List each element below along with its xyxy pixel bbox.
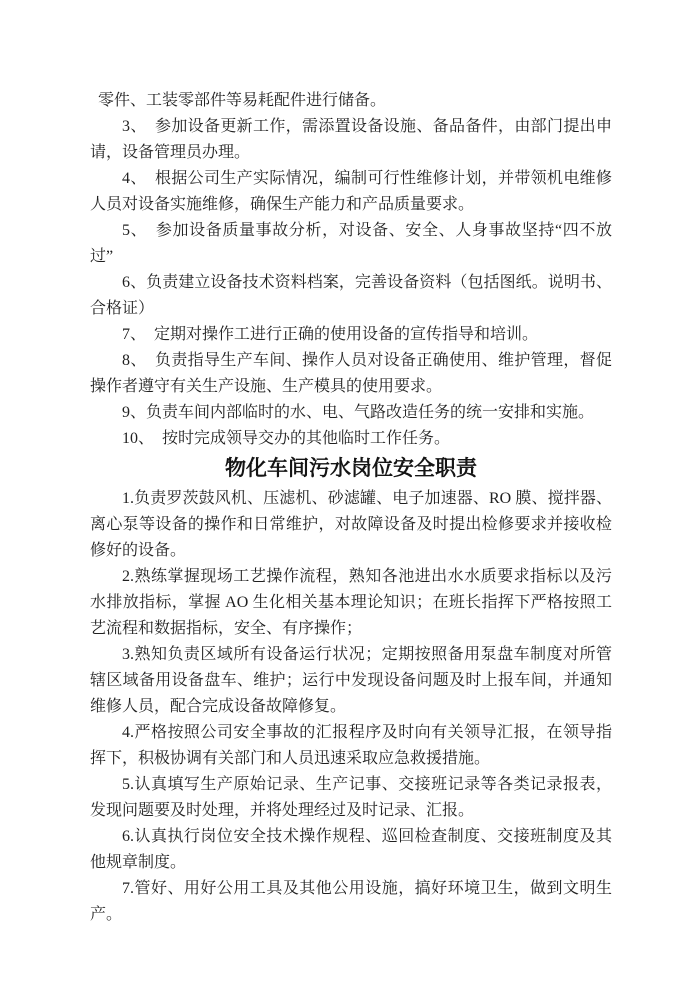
duty-paragraph: 6、负责建立设备技术资料档案，完善设备资料（包括图纸。说明书、合格证） xyxy=(90,270,612,322)
paragraph-continuation: 零件、工装零部件等易耗配件进行储备。 xyxy=(90,88,612,114)
duty-paragraph: 9、负责车间内部临时的水、电、气路改造任务的统一安排和实施。 xyxy=(90,400,612,426)
duty-paragraph: 8、 负责指导生产车间、操作人员对设备正确使用、维护管理，督促操作者遵守有关生产… xyxy=(90,348,612,400)
duty-paragraph: 5.认真填写生产原始记录、生产记事、交接班记录等各类记录报表，发现问题要及时处理… xyxy=(90,772,612,824)
page-content: 零件、工装零部件等易耗配件进行储备。 3、 参加设备更新工作，需添置设备设施、备… xyxy=(90,88,612,928)
duty-paragraph: 4、 根据公司生产实际情况，编制可行性维修计划，并带领机电维修人员对设备实施维修… xyxy=(90,166,612,218)
duty-paragraph: 7、 定期对操作工进行正确的使用设备的宣传指导和培训。 xyxy=(90,322,612,348)
duty-paragraph: 1.负责罗茨鼓风机、压滤机、砂滤罐、电子加速器、RO 膜、搅拌器、离心泵等设备的… xyxy=(90,486,612,564)
duty-paragraph: 6.认真执行岗位安全技术操作规程、巡回检查制度、交接班制度及其他规章制度。 xyxy=(90,824,612,876)
document-page: 零件、工装零部件等易耗配件进行储备。 3、 参加设备更新工作，需添置设备设施、备… xyxy=(0,0,700,990)
duty-paragraph: 2.熟练掌握现场工艺操作流程，熟知各池进出水水质要求指标以及污水排放指标，掌握 … xyxy=(90,564,612,642)
duty-paragraph: 7.管好、用好公用工具及其他公用设施，搞好环境卫生，做到文明生产。 xyxy=(90,876,612,928)
duty-paragraph: 3.熟知负责区域所有设备运行状况；定期按照备用泵盘车制度对所管辖区域备用设备盘车… xyxy=(90,642,612,720)
equipment-duties-list: 3、 参加设备更新工作，需添置设备设施、备品备件，由部门提出申请，设备管理员办理… xyxy=(90,114,612,452)
duty-paragraph: 4.严格按照公司安全事故的汇报程序及时向有关领导汇报，在领导指挥下，积极协调有关… xyxy=(90,720,612,772)
section-title: 物化车间污水岗位安全职责 xyxy=(90,454,612,484)
safety-duties-list: 1.负责罗茨鼓风机、压滤机、砂滤罐、电子加速器、RO 膜、搅拌器、离心泵等设备的… xyxy=(90,486,612,928)
duty-paragraph: 10、 按时完成领导交办的其他临时工作任务。 xyxy=(90,426,612,452)
duty-paragraph: 5、 参加设备质量事故分析，对设备、安全、人身事故坚持“四不放过” xyxy=(90,218,612,270)
duty-paragraph: 3、 参加设备更新工作，需添置设备设施、备品备件，由部门提出申请，设备管理员办理… xyxy=(90,114,612,166)
